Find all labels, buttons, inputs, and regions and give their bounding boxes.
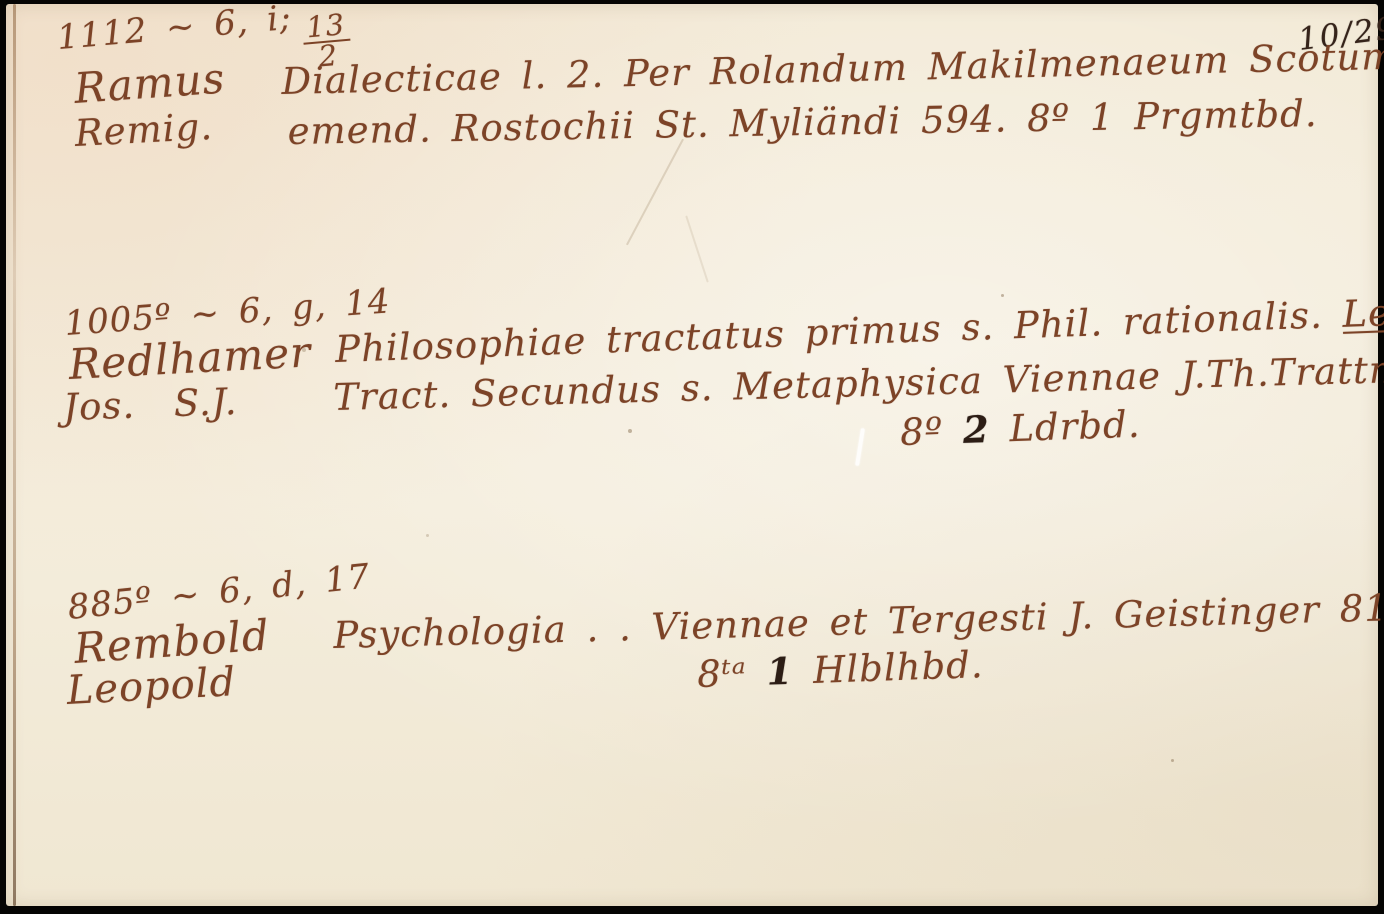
format-note: 8º (899, 410, 943, 454)
paper-speck (1171, 759, 1174, 762)
underlying-page-edge (13, 4, 16, 906)
format-binding-line: 8ᵗᵃ 1 Hlblhbd. (696, 642, 984, 696)
author-surname: Ramus (73, 54, 227, 113)
binding-note-underlined: Leihbd. (1342, 288, 1384, 336)
author-forename: Jos. S.J. (62, 380, 238, 429)
paper-speck (1001, 294, 1004, 297)
paper-speck (628, 429, 632, 433)
volume-count: 2 (962, 407, 990, 452)
paper-speck (426, 534, 429, 537)
author-forename: Leopold (66, 659, 238, 714)
catalog-card-page: 10/29 1112 ~ 6, i;132 Ramus Remig. Diale… (6, 4, 1378, 906)
shelfmark-prefix: 1112 ~ 6, i; (55, 0, 293, 58)
paper-speck (302, 348, 306, 352)
format-binding-line: 8º 2 Ldrbd. (899, 402, 1141, 454)
author-forename: Remig. (74, 105, 214, 155)
paper-crease (685, 215, 709, 282)
binding-note: Hlblhbd. (812, 643, 984, 692)
paper-scratch (855, 428, 865, 466)
binding-note: Ldrbd. (1009, 403, 1141, 451)
imprint-line: emend. Rostochii St. Myliändi 594. 8º 1 … (287, 92, 1318, 153)
volume-count: 1 (766, 649, 794, 694)
format-note: 8ᵗᵃ (696, 651, 747, 696)
paper-crease (626, 139, 684, 246)
